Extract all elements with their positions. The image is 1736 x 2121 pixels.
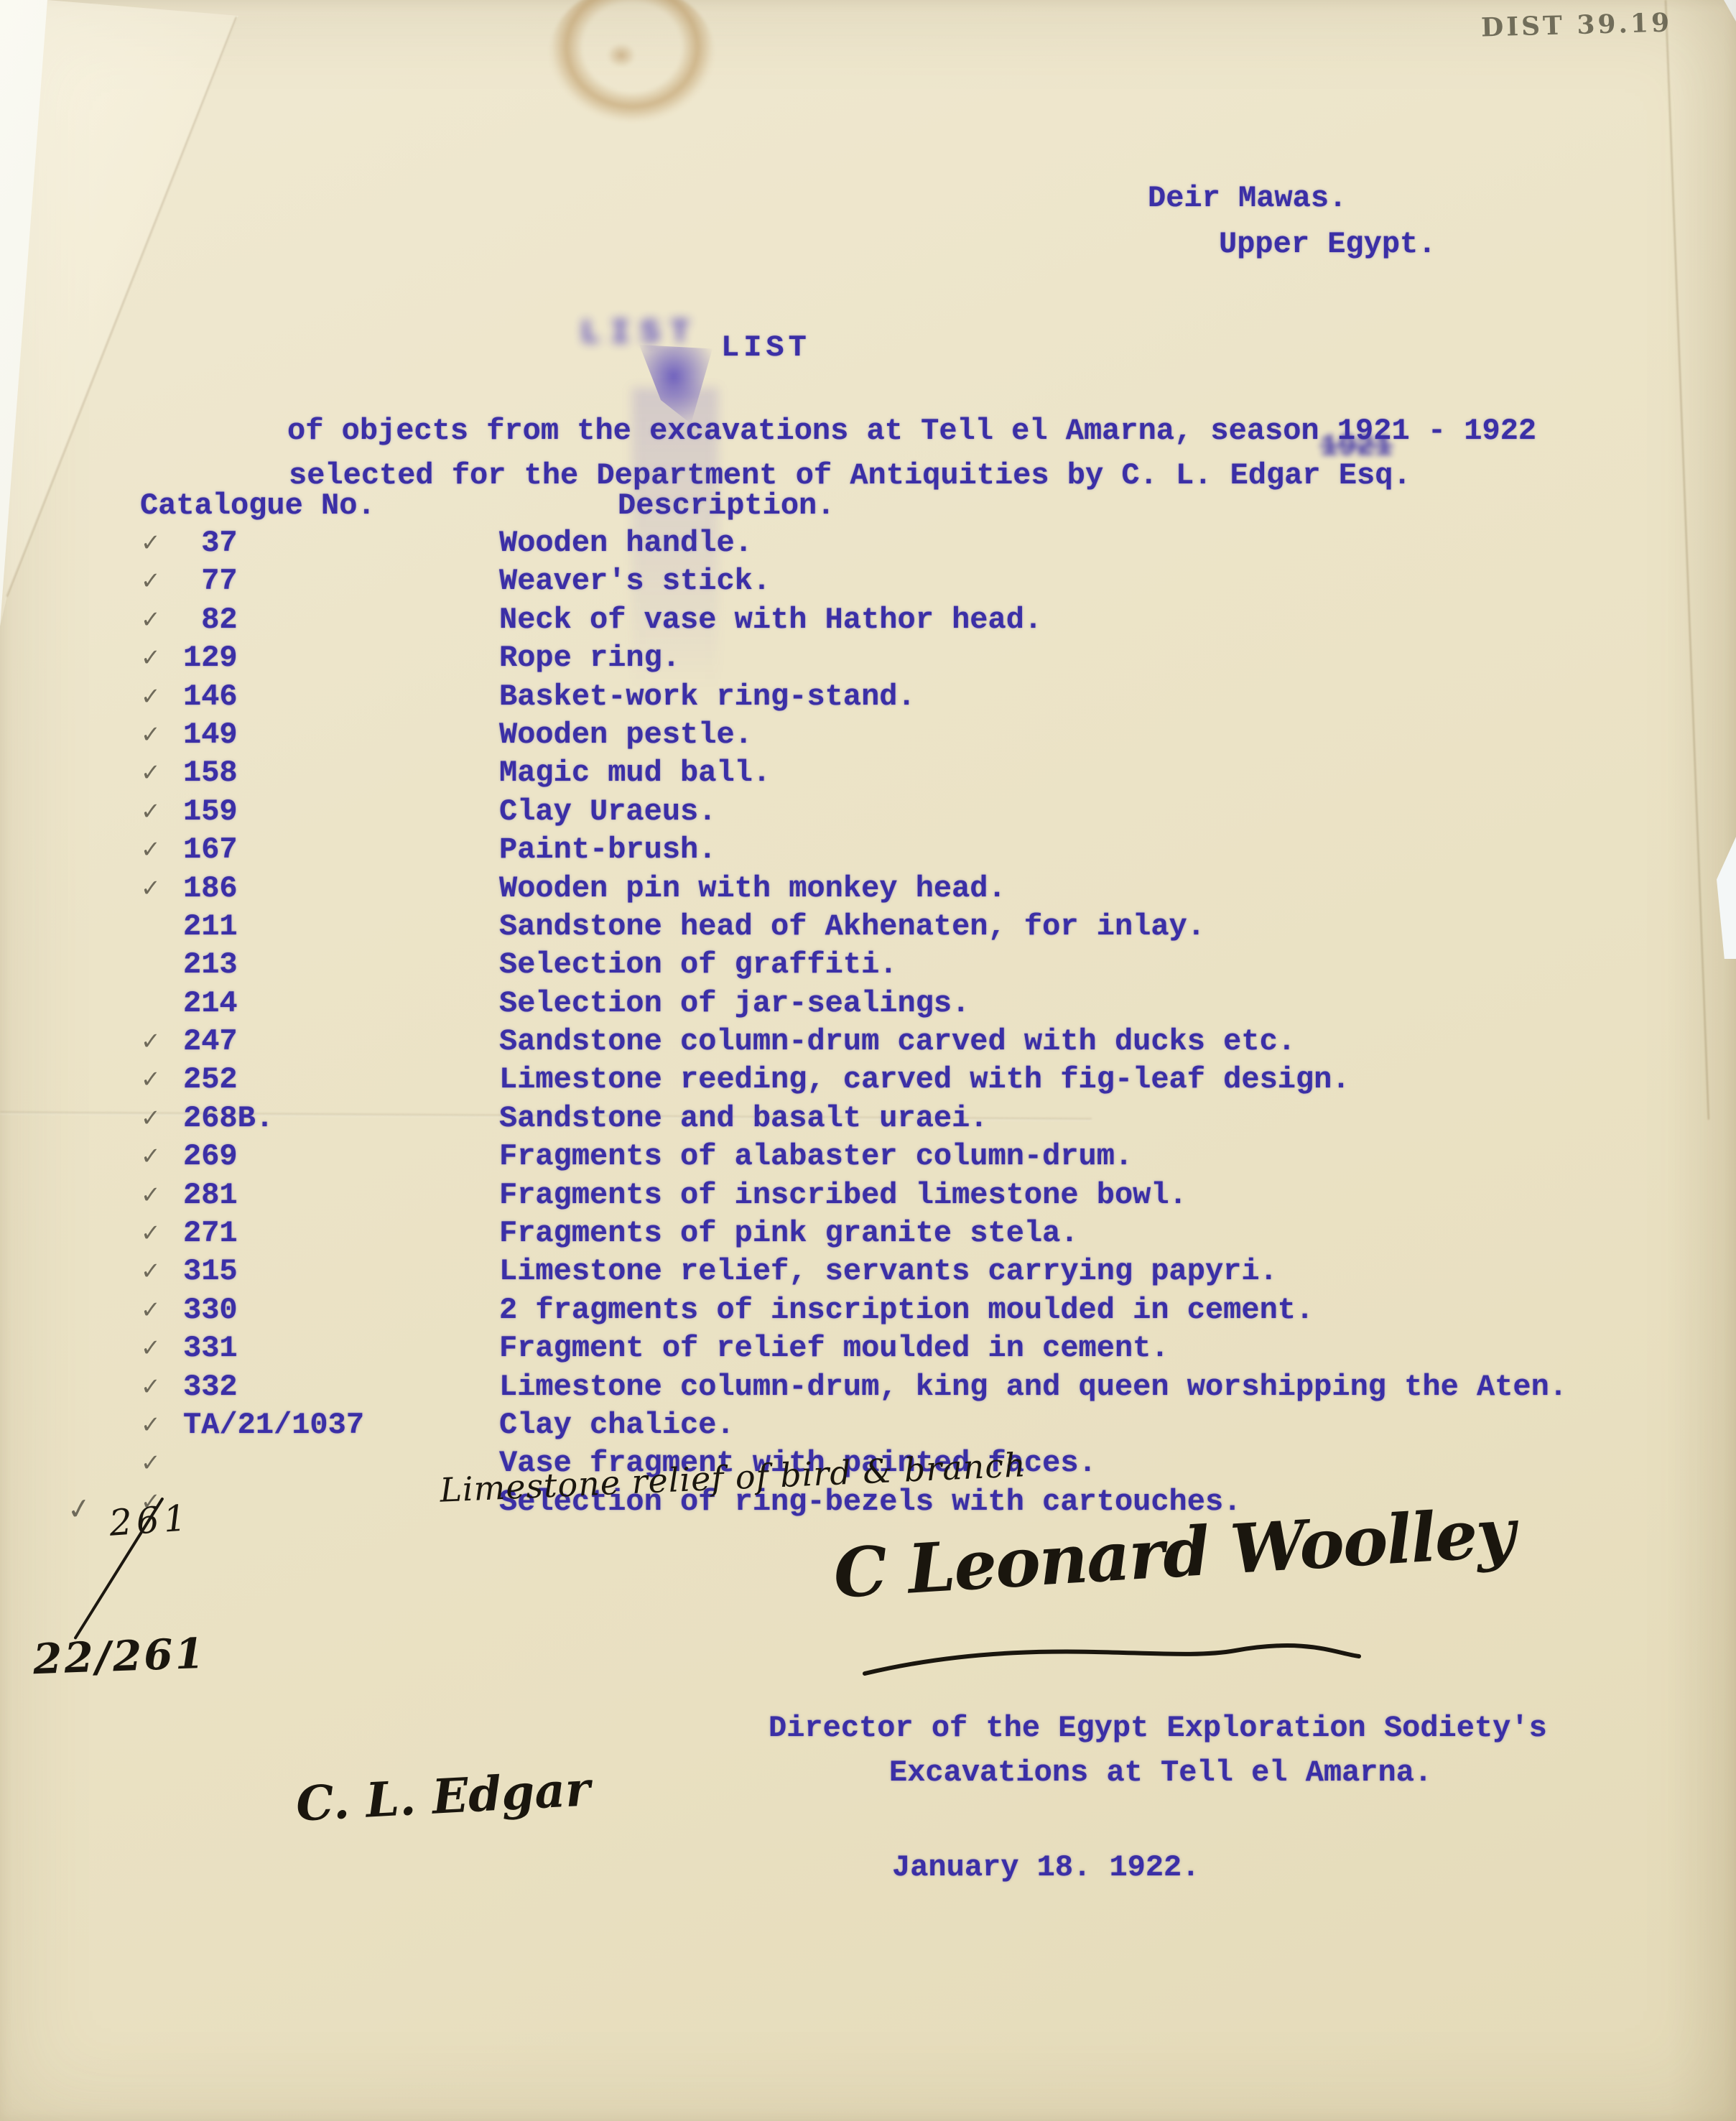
list-item: ✓ 332 Limestone column-drum, king and qu… (122, 1370, 1630, 1408)
catalogue-list: ✓ 37 Wooden handle. ✓ 77 Weaver's stick.… (122, 526, 1630, 1523)
pencil-checkmark: ✓ (122, 1446, 183, 1480)
item-description: Limestone column-drum, king and queen wo… (499, 1370, 1630, 1404)
list-item: 214 Selection of jar-sealings. (122, 986, 1630, 1024)
archive-annotation: DIST 39.19 (1480, 8, 1672, 43)
list-item: ✓ 186 Wooden pin with monkey head. (122, 871, 1630, 909)
catalogue-number: 271 (183, 1216, 499, 1250)
pencil-checkmark: ✓ (122, 1331, 183, 1365)
catalogue-number: 214 (183, 986, 499, 1021)
item-description: Clay chalice. (499, 1408, 1630, 1442)
item-description: Fragments of pink granite stela. (499, 1216, 1630, 1250)
pencil-checkmark: ✓ (122, 756, 183, 789)
director-title-line-2: Excavations at Tell el Amarna. (889, 1755, 1432, 1790)
catalogue-number: TA/21/1037 (183, 1408, 499, 1442)
margin-annotation: 22/261 (32, 1629, 207, 1684)
catalogue-number: 268B. (183, 1101, 499, 1136)
item-description: Fragments of inscribed limestone bowl. (499, 1178, 1630, 1212)
list-item: 213 Selection of graffiti. (122, 947, 1630, 985)
list-item: ✓ 82 Neck of vase with Hathor head. (122, 603, 1630, 641)
list-item: ✓ 37 Wooden handle. (122, 526, 1630, 564)
catalogue-number: 158 (183, 756, 499, 790)
catalogue-number: 331 (183, 1331, 499, 1365)
pencil-checkmark: ✓ (122, 1024, 183, 1058)
catalogue-number: 146 (183, 679, 499, 714)
item-description: Wooden pin with monkey head. (499, 871, 1630, 906)
catalogue-number: 129 (183, 641, 499, 675)
list-item: ✓ 146 Basket-work ring-stand. (122, 679, 1630, 718)
catalogue-number: 82 (183, 603, 499, 637)
date-line: January 18. 1922. (892, 1850, 1199, 1885)
catalogue-number: 252 (183, 1062, 499, 1097)
pencil-checkmark: ✓ (122, 1101, 183, 1135)
column-header-catalogue: Catalogue No. (140, 488, 376, 523)
list-item: ✓ 315 Limestone relief, servants carryin… (122, 1254, 1630, 1292)
column-header-description: Description. (618, 488, 835, 523)
list-item: ✓ 167 Paint-brush. (122, 832, 1630, 871)
list-item: ✓ 252 Limestone reeding, carved with fig… (122, 1062, 1630, 1100)
item-description: Limestone reeding, carved with fig-leaf … (499, 1062, 1630, 1097)
pencil-checkmark: ✓ (122, 1139, 183, 1173)
list-item: ✓ 129 Rope ring. (122, 641, 1630, 679)
item-description: Sandstone head of Akhenaten, for inlay. (499, 909, 1630, 944)
pencil-checkmark: ✓ (122, 832, 183, 866)
pencil-checkmark: ✓ (122, 1062, 183, 1096)
intro-line-2: selected for the Department of Antiquiti… (289, 458, 1411, 493)
pencil-checkmark: ✓ (122, 641, 183, 674)
item-description: Fragments of alabaster column-drum. (499, 1139, 1630, 1174)
catalogue-number: 269 (183, 1139, 499, 1174)
list-item: 211 Sandstone head of Akhenaten, for inl… (122, 909, 1630, 947)
pencil-checkmark: ✓ (122, 679, 183, 713)
intro-line-1: of objects from the excavations at Tell … (287, 414, 1536, 448)
pencil-checkmark: ✓ (122, 871, 183, 905)
list-item: ✓ 149 Wooden pestle. (122, 718, 1630, 756)
catalogue-number: 330 (183, 1293, 499, 1327)
intro-line-1-text: of objects from the excavations at Tell … (287, 414, 1337, 448)
list-item: ✓ 77 Weaver's stick. (122, 564, 1630, 602)
item-description: Neck of vase with Hathor head. (499, 603, 1630, 637)
pencil-checkmark: ✓ (122, 564, 183, 598)
catalogue-number: 211 (183, 909, 499, 944)
item-description: Wooden pestle. (499, 718, 1630, 752)
pencil-checkmark: ✓ (122, 526, 183, 560)
scanned-document: LIST 1921 DIST 39.19 Deir Mawas. Upper E… (0, 0, 1736, 2121)
document-title: LIST (721, 330, 811, 365)
item-description: Basket-work ring-stand. (499, 679, 1630, 714)
place-line-1: Deir Mawas. (1148, 181, 1347, 215)
item-description: Weaver's stick. (499, 564, 1630, 598)
list-item: ✓ 159 Clay Uraeus. (122, 794, 1630, 832)
list-item: ✓ 269 Fragments of alabaster column-drum… (122, 1139, 1630, 1177)
pencil-checkmark: ✓ (122, 1178, 183, 1212)
catalogue-number: 213 (183, 947, 499, 982)
list-item: ✓ 247 Sandstone column-drum carved with … (122, 1024, 1630, 1062)
pencil-checkmark: ✓ (122, 1293, 183, 1327)
list-item: ✓ 281 Fragments of inscribed limestone b… (122, 1178, 1630, 1216)
pencil-checkmark: ✓ (122, 1408, 183, 1442)
season-separator: - (1410, 414, 1465, 448)
stain-dot (607, 43, 636, 68)
item-description: Limestone relief, servants carrying papy… (499, 1254, 1630, 1289)
signature-flourish (862, 1629, 1365, 1679)
catalogue-number: 247 (183, 1024, 499, 1059)
item-description: 2 fragments of inscription moulded in ce… (499, 1293, 1630, 1327)
pencil-checkmark: ✓ (122, 794, 183, 828)
item-description: Sandstone and basalt uraei. (499, 1101, 1630, 1136)
list-item: ✓ 158 Magic mud ball. (122, 756, 1630, 794)
director-title-line-1: Director of the Egypt Exploration Sodiet… (769, 1711, 1547, 1745)
item-description: Magic mud ball. (499, 756, 1630, 790)
pencil-checkmark: ✓ (122, 718, 183, 751)
item-description: Clay Uraeus. (499, 794, 1630, 829)
season-start-year: 1921 (1337, 414, 1410, 448)
pencil-checkmark: ✓ (122, 603, 183, 636)
catalogue-number: 167 (183, 832, 499, 867)
item-description: Fragment of relief moulded in cement. (499, 1331, 1630, 1365)
list-item: ✓ TA/21/1037 Clay chalice. (122, 1408, 1630, 1446)
item-description: Paint-brush. (499, 832, 1630, 867)
catalogue-number: 149 (183, 718, 499, 752)
catalogue-number: 281 (183, 1178, 499, 1212)
catalogue-number: 315 (183, 1254, 499, 1289)
item-description: Selection of jar-sealings. (499, 986, 1630, 1021)
list-item: ✓ 268B. Sandstone and basalt uraei. (122, 1101, 1630, 1139)
item-description: Sandstone column-drum carved with ducks … (499, 1024, 1630, 1059)
item-description: Rope ring. (499, 641, 1630, 675)
catalogue-number: 159 (183, 794, 499, 829)
season-end-year: 1922 (1464, 414, 1536, 448)
pencil-checkmark: ✓ (122, 1254, 183, 1288)
list-item: ✓ 271 Fragments of pink granite stela. (122, 1216, 1630, 1254)
pencil-checkmark: ✓ (122, 1370, 183, 1403)
catalogue-number: 77 (183, 564, 499, 598)
item-description: Wooden handle. (499, 526, 1630, 560)
item-description: Selection of graffiti. (499, 947, 1630, 982)
catalogue-number: 186 (183, 871, 499, 906)
list-item: ✓ 330 2 fragments of inscription moulded… (122, 1293, 1630, 1331)
catalogue-number: 332 (183, 1370, 499, 1404)
list-item: ✓ 331 Fragment of relief moulded in ceme… (122, 1331, 1630, 1369)
place-line-2: Upper Egypt. (1219, 227, 1436, 261)
catalogue-number: 37 (183, 526, 499, 560)
pencil-checkmark: ✓ (122, 1216, 183, 1250)
